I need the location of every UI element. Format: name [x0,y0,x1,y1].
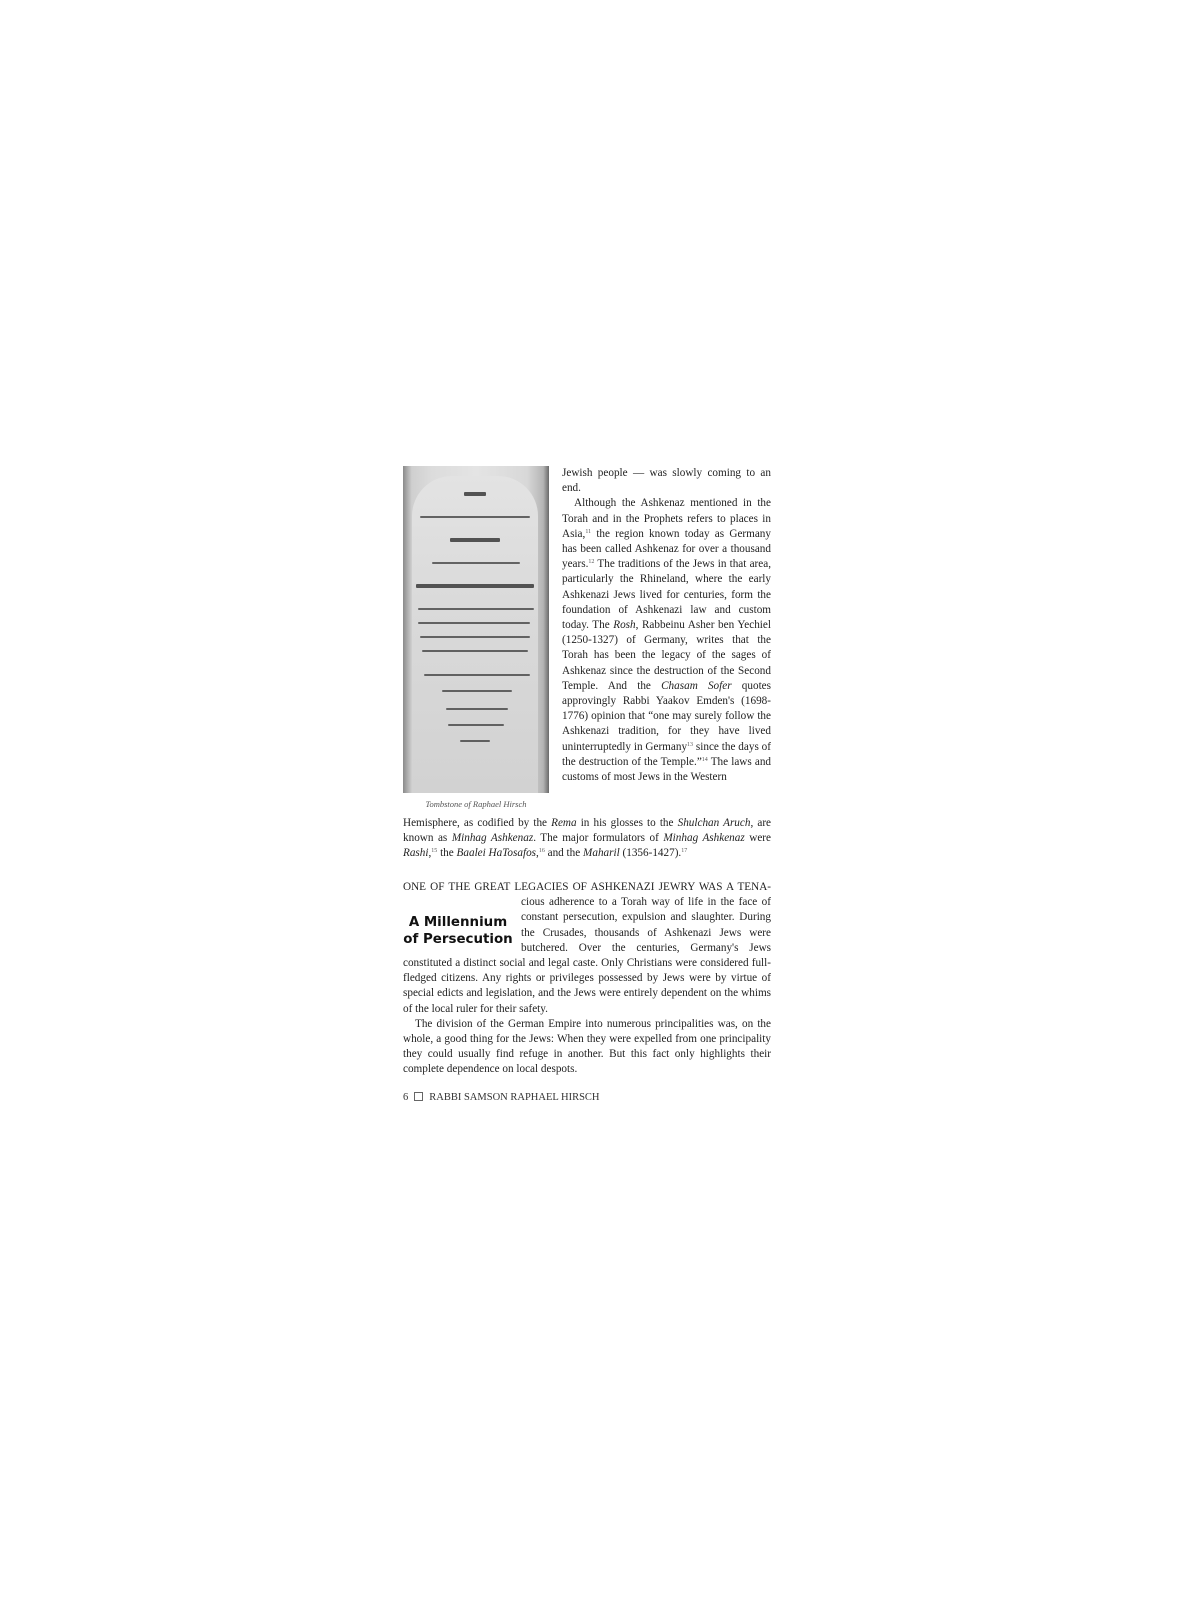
paragraph: Although the Ashkenaz mentioned in the T… [562,496,771,785]
box-ornament-icon [414,1092,423,1101]
paragraph: A Millennium of Persecution cious adhere… [403,895,771,1017]
figure-caption: Tombstone of Raphael Hirsch [403,799,549,809]
paragraph: The division of the German Empire into n… [403,1017,771,1078]
running-title: RABBI SAMSON RAPHAEL HIRSCH [429,1092,599,1103]
figure: Tombstone of Raphael Hirsch [403,466,549,809]
section-millennium: ONE OF THE GREAT LEGACIES OF ASHKENAZI J… [403,880,771,1078]
section-lead-line: ONE OF THE GREAT LEGACIES OF ASHKENAZI J… [403,880,771,895]
full-width-text: Hemisphere, as codified by the Rema in h… [403,816,771,862]
footnote-ref[interactable]: 17 [681,848,687,854]
page-number: 6 [403,1092,408,1103]
paragraph: Jewish people — was slowly coming to an … [562,466,771,496]
tombstone-shape [412,476,538,793]
page-footer: 6RABBI SAMSON RAPHAEL HIRSCH [403,1092,600,1103]
section-heading: A Millennium of Persecution [403,914,513,948]
right-column-text: Jewish people — was slowly coming to an … [562,466,771,785]
tombstone-photo [403,466,549,793]
